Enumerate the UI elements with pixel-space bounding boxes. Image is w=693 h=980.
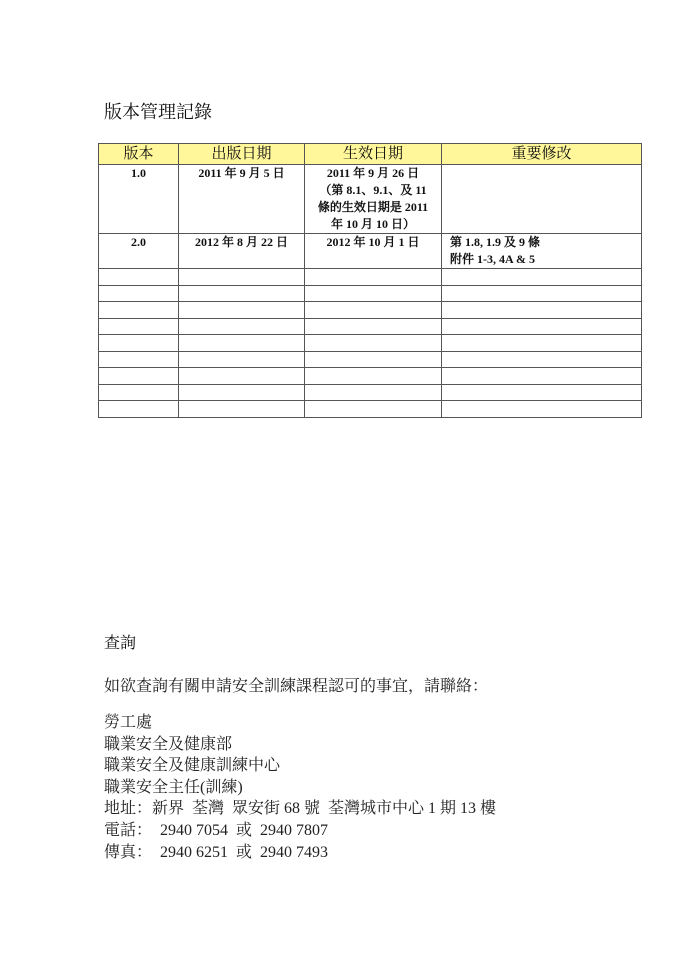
empty-row — [99, 368, 642, 385]
empty-row — [99, 285, 642, 302]
contact-fax: 傳真： 2940 6251 或 2940 7493 — [104, 842, 496, 864]
empty-row — [99, 384, 642, 401]
version-history-title: 版本管理記錄 — [104, 98, 212, 124]
version-cell: 1.0 — [99, 165, 179, 234]
enquiry-title: 查詢 — [104, 630, 136, 653]
publish-date-cell: 2011 年 9 月 5 日 — [179, 165, 305, 234]
empty-row — [99, 401, 642, 418]
column-header-effective-date: 生效日期 — [305, 144, 442, 165]
empty-row — [99, 335, 642, 352]
changes-cell: 第 1.8, 1.9 及 9 條 附件 1-3, 4A & 5 — [442, 234, 642, 269]
contact-department: 勞工處 — [104, 712, 496, 734]
empty-row — [99, 351, 642, 368]
changes-line: 附件 1-3, 4A & 5 — [450, 251, 641, 268]
contact-centre: 職業安全及健康訓練中心 — [104, 755, 496, 777]
version-cell: 2.0 — [99, 234, 179, 269]
contact-block: 勞工處 職業安全及健康部 職業安全及健康訓練中心 職業安全主任(訓練) 地址：新… — [104, 712, 496, 863]
effective-date-cell: 2012 年 10 月 1 日 — [305, 234, 442, 269]
column-header-publish-date: 出版日期 — [179, 144, 305, 165]
contact-division: 職業安全及健康部 — [104, 734, 496, 756]
column-header-major-changes: 重要修改 — [442, 144, 642, 165]
empty-row — [99, 318, 642, 335]
contact-phone: 電話： 2940 7054 或 2940 7807 — [104, 820, 496, 842]
effective-date-line: （第 8.1、9.1、及 11 — [305, 182, 441, 199]
table-header-row: 版本 出版日期 生效日期 重要修改 — [99, 144, 642, 165]
effective-date-line: 年 10 月 10 日） — [305, 216, 441, 233]
effective-date-line: 條的生效日期是 2011 — [305, 199, 441, 216]
effective-date-cell: 2011 年 9 月 26 日 （第 8.1、9.1、及 11 條的生效日期是 … — [305, 165, 442, 234]
effective-date-line: 2011 年 9 月 26 日 — [305, 165, 441, 182]
effective-date-line: 2012 年 10 月 1 日 — [305, 234, 441, 251]
changes-cell — [442, 165, 642, 234]
publish-date-cell: 2012 年 8 月 22 日 — [179, 234, 305, 269]
empty-row — [99, 302, 642, 319]
table-row: 2.0 2012 年 8 月 22 日 2012 年 10 月 1 日 第 1.… — [99, 234, 642, 269]
version-history-table: 版本 出版日期 生效日期 重要修改 1.0 2011 年 9 月 5 日 201… — [98, 143, 642, 418]
enquiry-intro: 如欲查詢有關申請安全訓練課程認可的事宜，請聯絡： — [104, 673, 488, 696]
empty-row — [99, 269, 642, 286]
contact-officer: 職業安全主任(訓練) — [104, 777, 496, 799]
table-row: 1.0 2011 年 9 月 5 日 2011 年 9 月 26 日 （第 8.… — [99, 165, 642, 234]
contact-address: 地址：新界 荃灣 眾安街 68 號 荃灣城市中心 1 期 13 樓 — [104, 798, 496, 820]
column-header-version: 版本 — [99, 144, 179, 165]
changes-line: 第 1.8, 1.9 及 9 條 — [450, 234, 641, 251]
